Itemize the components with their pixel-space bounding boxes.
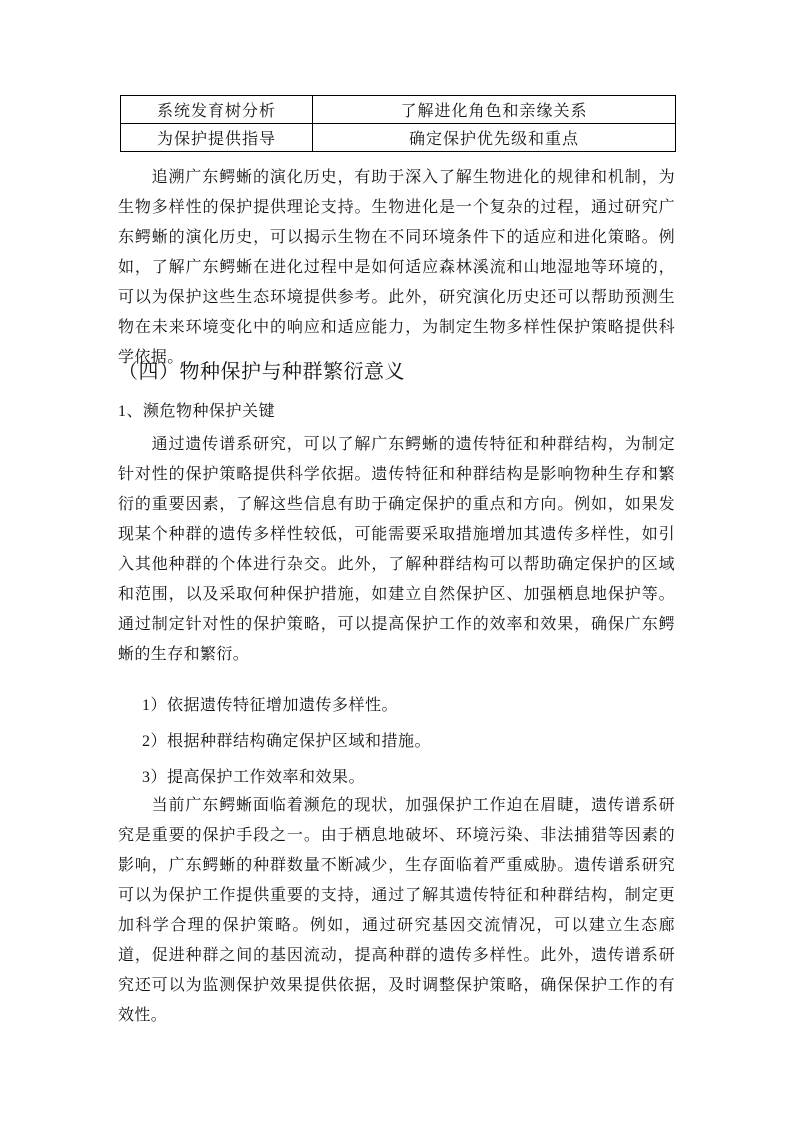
table-cell: 系统发育树分析 bbox=[121, 96, 313, 124]
numbered-item-2: 2）根据种群结构确定保护区域和措施。 bbox=[118, 727, 675, 757]
subsection-heading: 1、濒危物种保护关键 bbox=[118, 397, 675, 427]
table-cell: 确定保护优先级和重点 bbox=[313, 124, 676, 152]
numbered-item-1: 1）依据遗传特征增加遗传多样性。 bbox=[118, 691, 675, 721]
numbered-item-3: 3）提高保护工作效率和效果。 bbox=[118, 763, 675, 793]
section-heading: （四）物种保护与种群繁衍意义 bbox=[118, 356, 675, 388]
document-page: 系统发育树分析 了解进化角色和亲缘关系 为保护提供指导 确定保护优先级和重点 追… bbox=[0, 0, 793, 1122]
paragraph-evolution-history: 追溯广东鳄蜥的演化历史，有助于深入了解生物进化的规律和机制，为生物多样性的保护提… bbox=[118, 163, 675, 373]
table-cell: 为保护提供指导 bbox=[121, 124, 313, 152]
summary-table: 系统发育树分析 了解进化角色和亲缘关系 为保护提供指导 确定保护优先级和重点 bbox=[120, 95, 676, 152]
table-row: 为保护提供指导 确定保护优先级和重点 bbox=[121, 124, 676, 152]
table-row: 系统发育树分析 了解进化角色和亲缘关系 bbox=[121, 96, 676, 124]
paragraph-genetic-research: 通过遗传谱系研究，可以了解广东鳄蜥的遗传特征和种群结构，为制定针对性的保护策略提… bbox=[118, 430, 675, 670]
paragraph-current-status: 当前广东鳄蜥面临着濒危的现状，加强保护工作迫在眉睫，遗传谱系研究是重要的保护手段… bbox=[118, 791, 675, 1031]
table-cell: 了解进化角色和亲缘关系 bbox=[313, 96, 676, 124]
